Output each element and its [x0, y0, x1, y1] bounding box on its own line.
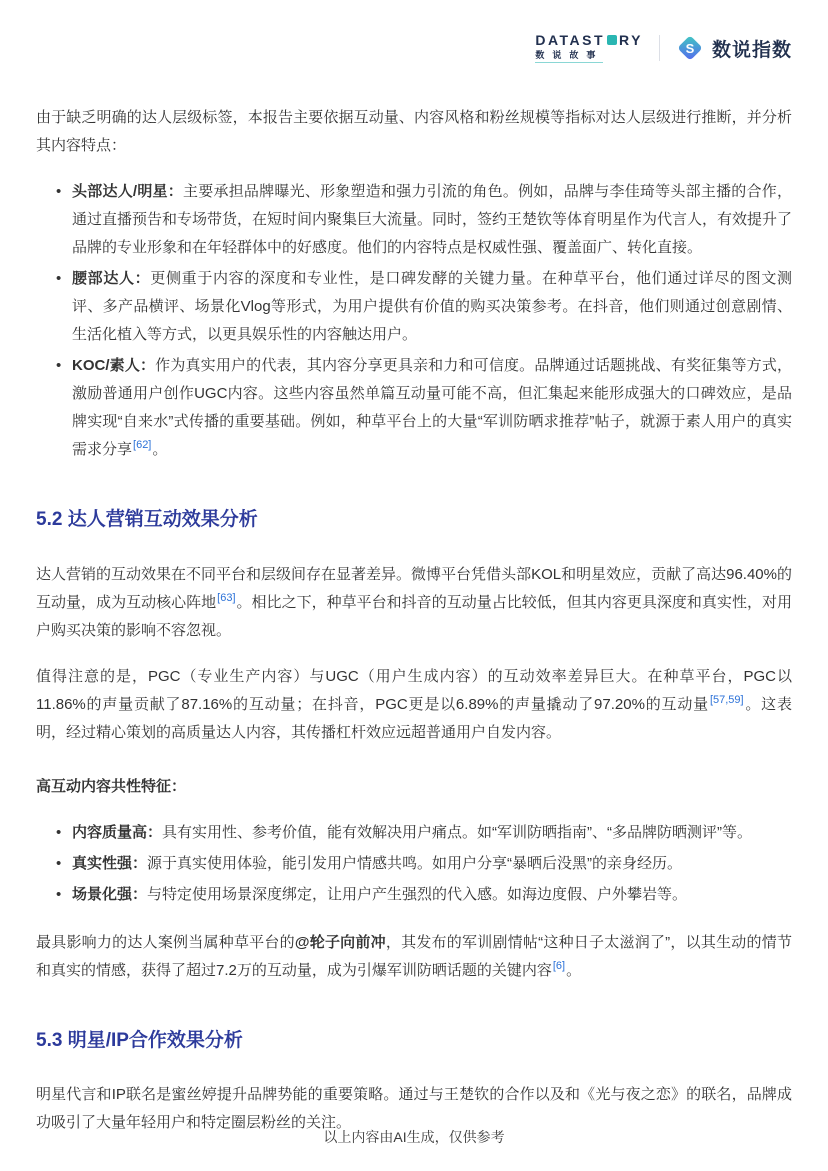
tier-item-head: 头部达人/明星：主要承担品牌曝光、形象塑造和强力引流的角色。例如，品牌与李佳琦等… [36, 178, 792, 262]
tier-text-after: 。 [152, 441, 167, 458]
datastory-o-square-icon [607, 35, 617, 45]
datastory-subtext: 数说故事 [535, 51, 603, 63]
paragraph-pgc-ugc: 值得注意的是，PGC（专业生产内容）与UGC（用户生成内容）的互动效率差异巨大。… [36, 663, 792, 747]
header-divider [659, 35, 660, 61]
datastory-wordmark-part2: RY [619, 33, 643, 47]
tier-list: 头部达人/明星：主要承担品牌曝光、形象塑造和强力引流的角色。例如，品牌与李佳琦等… [36, 178, 792, 464]
feature-list: 内容质量高：具有实用性、参考价值，能有效解决用户痛点。如“军训防晒指南”、“多品… [36, 819, 792, 909]
feature-item-authenticity: 真实性强：源于真实使用体验，能引发用户情感共鸣。如用户分享“暴晒后没黑”的亲身经… [36, 850, 792, 878]
shuoshuo-index-logo: S 数说指数 [676, 34, 792, 62]
datastory-wordmark-part1: DATAST [535, 33, 605, 47]
feature-item-scenario: 场景化强：与特定使用场景深度绑定，让用户产生强烈的代入感。如海边度假、户外攀岩等… [36, 881, 792, 909]
section-heading-5-2: 5.2 达人营销互动效果分析 [36, 508, 792, 533]
paragraph-text: 。 [566, 962, 581, 979]
feature-label: 真实性强： [72, 855, 147, 872]
report-body: 由于缺乏明确的达人层级标签，本报告主要依据互动量、内容风格和粉丝规模等指标对达人… [0, 66, 828, 1137]
svg-text:S: S [686, 41, 695, 56]
feature-label: 内容质量高： [72, 824, 162, 841]
tier-item-koc: KOC/素人：作为真实用户的代表，其内容分享更具亲和力和可信度。品牌通过话题挑战… [36, 352, 792, 464]
paragraph-interaction-platforms: 达人营销的互动效果在不同平台和层级间存在显著差异。微博平台凭借头部KOL和明星效… [36, 561, 792, 645]
feature-item-quality: 内容质量高：具有实用性、参考价值，能有效解决用户痛点。如“军训防晒指南”、“多品… [36, 819, 792, 847]
influencer-handle: @轮子向前冲 [295, 934, 386, 951]
tier-label: 头部达人/明星： [72, 183, 183, 200]
citation-link-63[interactable]: [63] [217, 592, 235, 604]
shuoshuo-index-label: 数说指数 [712, 35, 792, 62]
intro-paragraph: 由于缺乏明确的达人层级标签，本报告主要依据互动量、内容风格和粉丝规模等指标对达人… [36, 104, 792, 160]
tier-item-waist: 腰部达人：更侧重于内容的深度和专业性，是口碑发酵的关键力量。在种草平台，他们通过… [36, 265, 792, 349]
tier-text: 作为真实用户的代表，其内容分享更具亲和力和可信度。品牌通过话题挑战、有奖征集等方… [72, 357, 792, 458]
paragraph-case-study: 最具影响力的达人案例当属种草平台的@轮子向前冲，其发布的军训剧情帖“这种日子太滋… [36, 929, 792, 985]
datastory-wordmark: DATASTRY [535, 33, 643, 47]
datastory-logo: DATASTRY 数说故事 [535, 33, 643, 63]
features-lead: 高互动内容共性特征： [36, 773, 792, 801]
citation-link-57-59[interactable]: [57,59] [710, 694, 744, 706]
feature-text: 具有实用性、参考价值，能有效解决用户痛点。如“军训防晒指南”、“多品牌防晒测评”… [162, 824, 752, 841]
feature-label: 场景化强： [72, 886, 147, 903]
paragraph-text: 最具影响力的达人案例当属种草平台的 [36, 934, 295, 951]
page-header: DATASTRY 数说故事 S 数说指数 [0, 0, 828, 66]
s-diamond-icon: S [676, 34, 704, 62]
feature-text: 与特定使用场景深度绑定，让用户产生强烈的代入感。如海边度假、户外攀岩等。 [147, 886, 687, 903]
paragraph-text: 值得注意的是，PGC（专业生产内容）与UGC（用户生成内容）的互动效率差异巨大。… [36, 668, 792, 713]
report-page: DATASTRY 数说故事 S 数说指数 由 [0, 0, 828, 1171]
feature-text: 源于真实使用体验，能引发用户情感共鸣。如用户分享“暴晒后没黑”的亲身经历。 [147, 855, 682, 872]
section-heading-5-3: 5.3 明星/IP合作效果分析 [36, 1029, 792, 1054]
tier-text: 更侧重于内容的深度和专业性，是口碑发酵的关键力量。在种草平台，他们通过详尽的图文… [72, 270, 792, 343]
citation-link-6[interactable]: [6] [553, 960, 565, 972]
footer-disclaimer: 以上内容由AI生成，仅供参考 [0, 1127, 828, 1147]
citation-link-62[interactable]: [62] [133, 439, 151, 451]
tier-label: KOC/素人： [72, 357, 155, 374]
tier-label: 腰部达人： [72, 270, 150, 287]
